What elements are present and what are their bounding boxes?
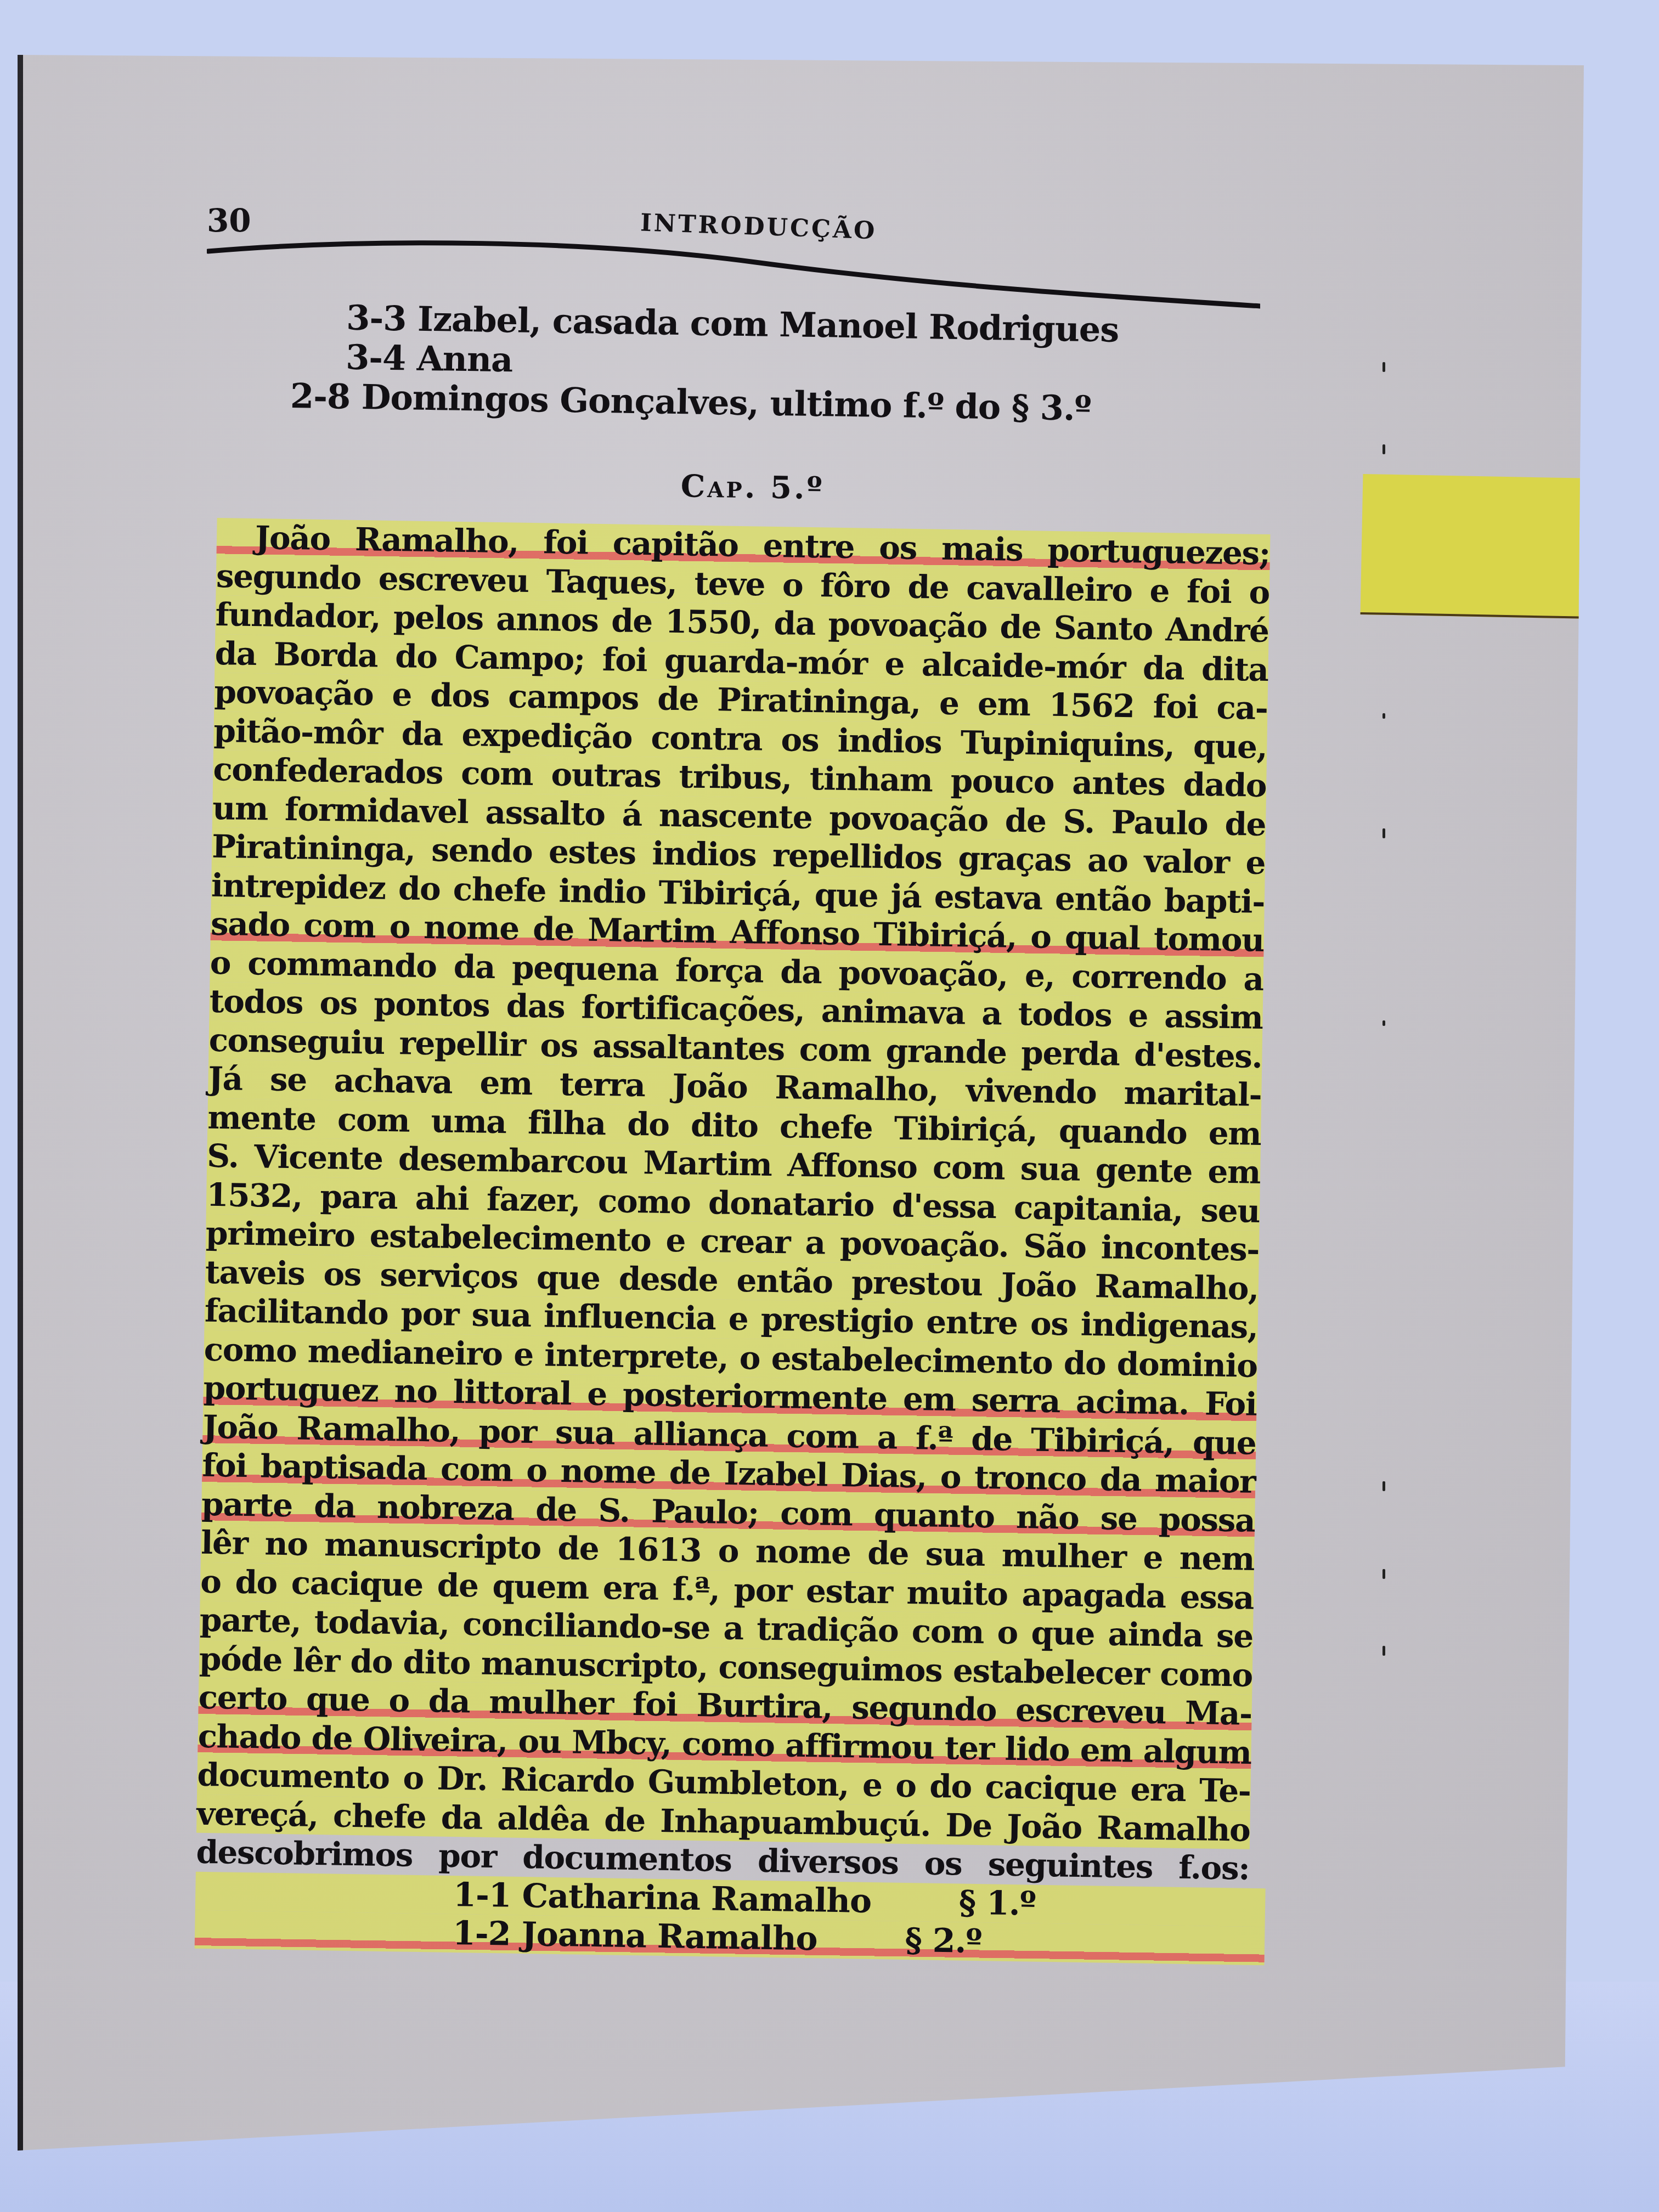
entry-section: § 2.º (905, 1921, 982, 1960)
page-number: 30 (207, 202, 251, 239)
entry-label: 1-1 Catharina Ramalho (453, 1876, 872, 1921)
chapter-title: Cap. 5.º (217, 461, 1288, 514)
page-header: 30 INTRODUCÇÃO (207, 202, 1260, 312)
chapter-paragraph: João Ramalho, foi capitão entre os mais … (196, 518, 1287, 1888)
book-page: 30 INTRODUCÇÃO 3-3 Izabel, casada com Ma… (18, 55, 1584, 2151)
running-head: INTRODUCÇÃO (640, 208, 877, 245)
margin-ticks (1383, 362, 1388, 1679)
entry-section: § 1.º (958, 1883, 1036, 1923)
body-text: 3-3 Izabel, casada com Manoel Rodrigues … (195, 296, 1290, 1965)
sticky-note-tab (1361, 474, 1596, 619)
entry-label: 1-2 Joanna Ramalho (453, 1914, 818, 1958)
